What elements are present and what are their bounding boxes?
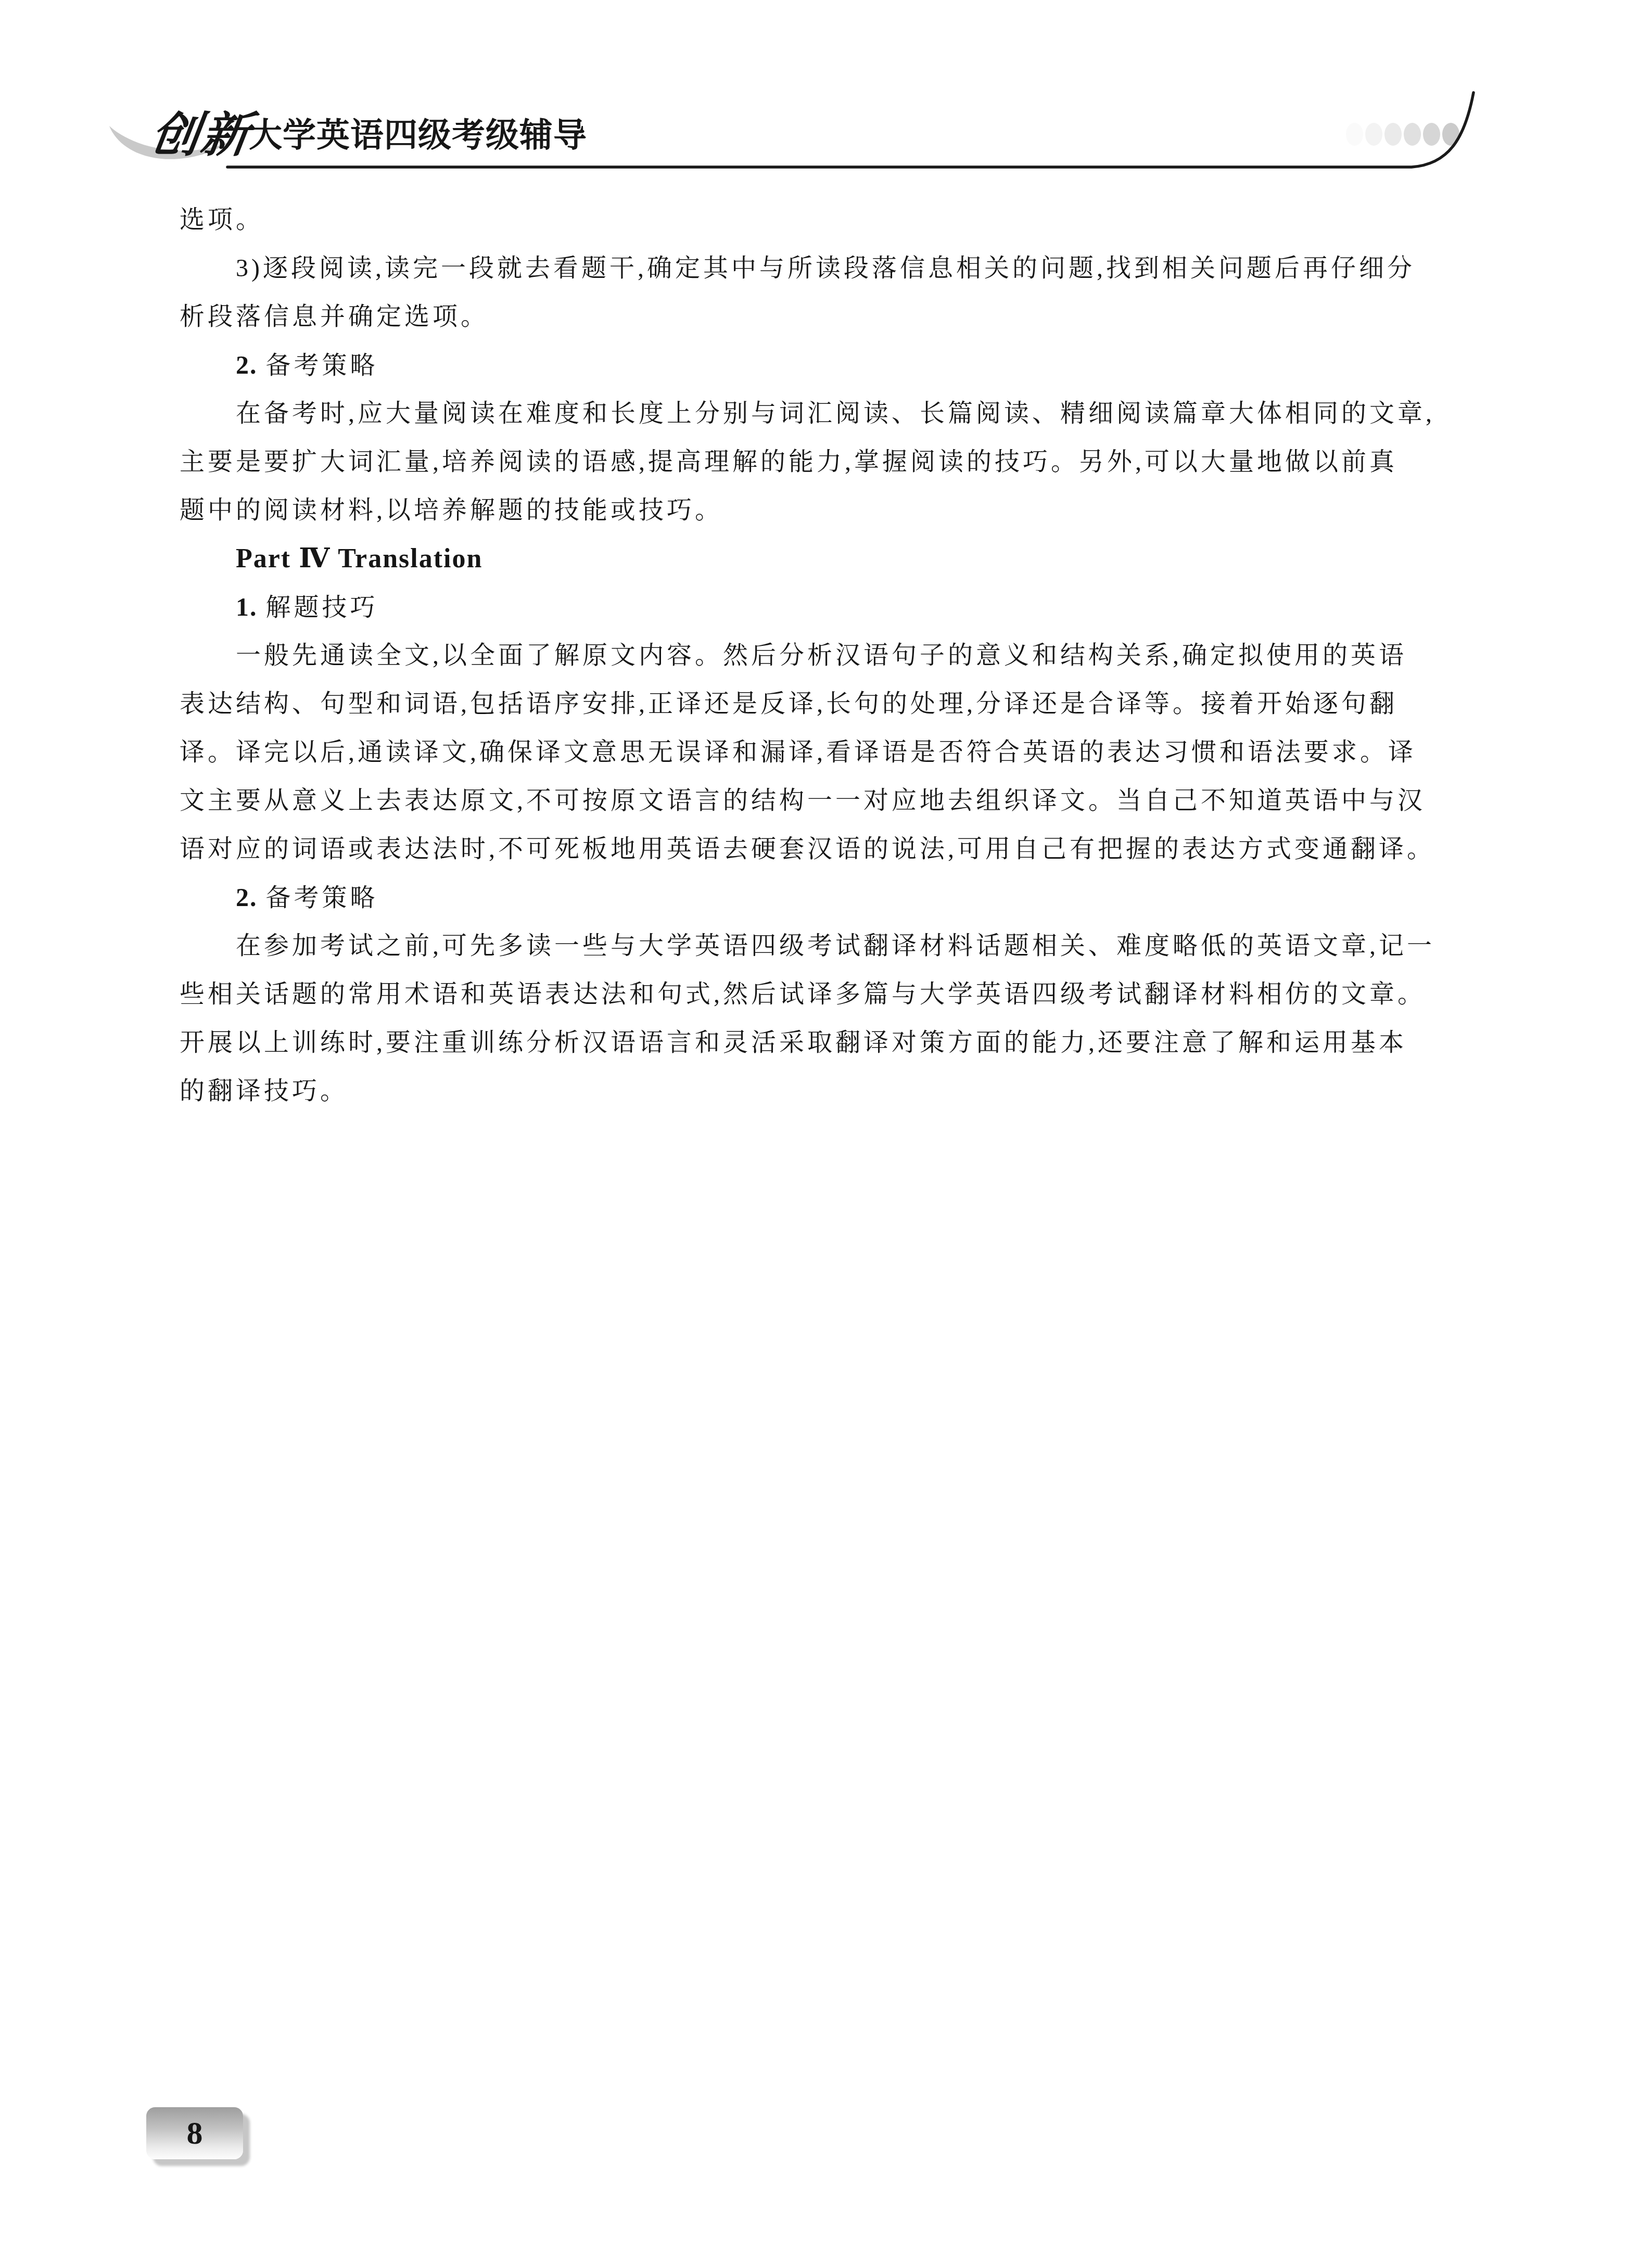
- text-line: 语对应的词语或表达法时,不可死板地用英语去硬套汉语的说法,可用自己有把握的表达方…: [180, 825, 1486, 873]
- part-heading: Part Ⅳ Translation: [180, 534, 1486, 583]
- text-line: 3)逐段阅读,读完一段就去看题干,确定其中与所读段落信息相关的问题,找到相关问题…: [180, 244, 1486, 292]
- text-line: 开展以上训练时,要注重训练分析汉语语言和灵活采取翻译对策方面的能力,还要注意了解…: [180, 1018, 1486, 1067]
- text-line: 题中的阅读材料,以培养解题的技能或技巧。: [180, 486, 1486, 534]
- page-number-badge: 8: [146, 2107, 243, 2159]
- section-heading: 2.备考策略: [180, 873, 1486, 922]
- heading-label: 解题技巧: [266, 594, 378, 621]
- heading-number: 2.: [236, 350, 258, 379]
- text-line: 译。译完以后,通读译文,确保译文意思无误译和漏译,看译语是否符合英语的表达习惯和…: [180, 728, 1486, 776]
- section-heading: 2.备考策略: [180, 341, 1486, 389]
- text-line: 些相关话题的常用术语和英语表达法和句式,然后试译多篇与大学英语四级考试翻译材料相…: [180, 970, 1486, 1018]
- section-heading: 1.解题技巧: [180, 583, 1486, 631]
- text-line: 表达结构、句型和词语,包括语序安排,正译还是反译,长句的处理,分译还是合译等。接…: [180, 680, 1486, 728]
- heading-label: 备考策略: [266, 352, 378, 379]
- page-number: 8: [187, 2115, 203, 2152]
- heading-number: 1.: [236, 592, 258, 621]
- text-line: 在备考时,应大量阅读在难度和长度上分别与词汇阅读、长篇阅读、精细阅读篇章大体相同…: [180, 389, 1486, 438]
- text-line: 析段落信息并确定选项。: [180, 292, 1486, 341]
- book-page: 创新 大学英语四级考级辅导 选项。 3)逐段阅读,读完一段就去看题干,确定其中与…: [0, 0, 1652, 2242]
- text-line: 文主要从意义上去表达原文,不可按原文语言的结构一一对应地去组织译文。当自己不知道…: [180, 776, 1486, 825]
- text-line: 的翻译技巧。: [180, 1067, 1486, 1115]
- text-line: 选项。: [180, 196, 1486, 244]
- heading-label: 备考策略: [266, 884, 378, 912]
- text-line: 一般先通读全文,以全面了解原文内容。然后分析汉语句子的意义和结构关系,确定拟使用…: [180, 631, 1486, 680]
- heading-number: 2.: [236, 883, 258, 912]
- body-text: 选项。 3)逐段阅读,读完一段就去看题干,确定其中与所读段落信息相关的问题,找到…: [180, 196, 1486, 1115]
- text-line: 在参加考试之前,可先多读一些与大学英语四级考试翻译材料话题相关、难度略低的英语文…: [180, 922, 1486, 970]
- text-line: 主要是要扩大词汇量,培养阅读的语感,提高理解的能力,掌握阅读的技巧。另外,可以大…: [180, 438, 1486, 486]
- header-rule: [0, 0, 1652, 208]
